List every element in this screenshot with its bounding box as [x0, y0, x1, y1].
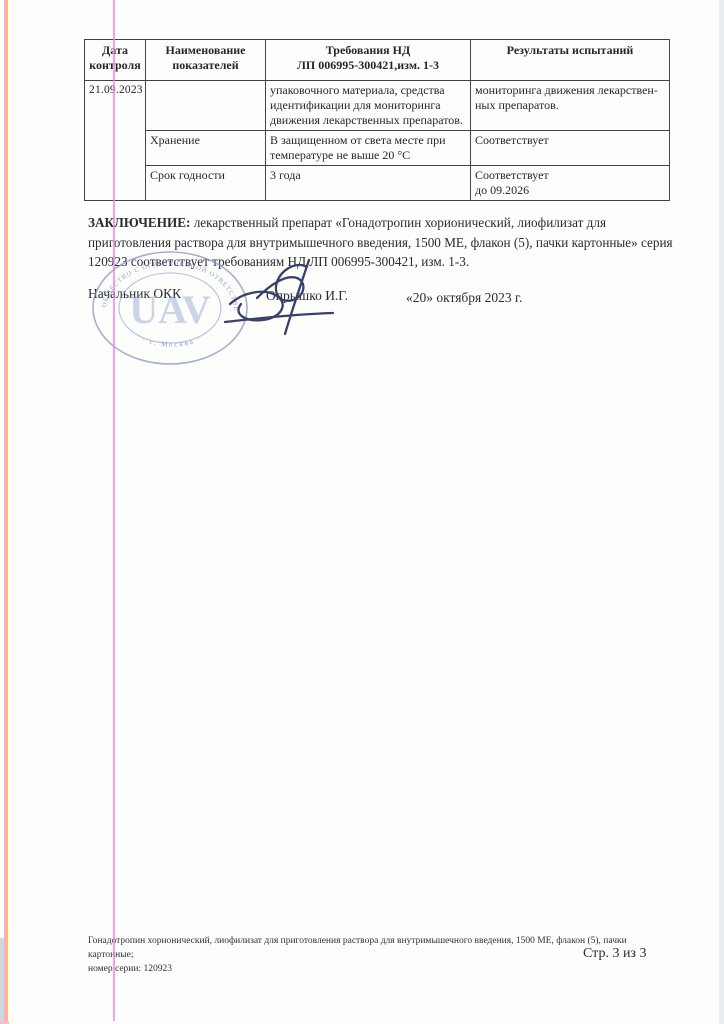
scan-artifact-pink-line [4, 0, 6, 1024]
signature-ink-icon [185, 252, 340, 340]
cell-result: мониторинга движения лекарствен- ных пре… [471, 81, 670, 131]
page-number: Стр. 3 из 3 [583, 946, 646, 962]
col-header-control-date: Дата контроля [85, 40, 146, 81]
scan-artifact-gray-edge [0, 938, 4, 1024]
col-header-parameter: Наименование показателей [146, 40, 266, 81]
footer-product-line: Гонадотропин хорионический, лиофилизат д… [88, 934, 660, 962]
scan-artifact-right-edge [719, 0, 724, 1024]
scan-artifact-orange-line [6, 0, 8, 1024]
table-row: Хранение В защищенном от света месте при… [85, 131, 670, 166]
conclusion-label: ЗАКЛЮЧЕНИЕ: [88, 215, 190, 230]
table-row: Срок годности 3 года Соответствует до 09… [85, 166, 670, 201]
cell-parameter: Срок годности [146, 166, 266, 201]
cell-requirement: В защищенном от света месте при температ… [266, 131, 471, 166]
cell-parameter [146, 81, 266, 131]
cell-result: Соответствует до 09.2026 [471, 166, 670, 201]
signature-date: «20» октября 2023 г. [406, 290, 522, 306]
cell-result: Соответствует [471, 131, 670, 166]
table-header-row: Дата контроля Наименование показателей Т… [85, 40, 670, 81]
cell-control-date: 21.09.2023 [85, 81, 146, 201]
document-page: Дата контроля Наименование показателей Т… [0, 0, 724, 1024]
footer-series-line: номер серии: 120923 [88, 962, 660, 976]
table-row: 21.09.2023 упаковочного материала, средс… [85, 81, 670, 131]
footer-block: Гонадотропин хорионический, лиофилизат д… [88, 934, 660, 976]
col-header-results: Результаты испытаний [471, 40, 670, 81]
col-header-requirements: Требования НД ЛП 006995-300421,изм. 1-3 [266, 40, 471, 81]
test-results-table: Дата контроля Наименование показателей Т… [84, 39, 670, 201]
cell-parameter: Хранение [146, 131, 266, 166]
cell-requirement: упаковочного материала, средства идентиф… [266, 81, 471, 131]
cell-requirement: 3 года [266, 166, 471, 201]
